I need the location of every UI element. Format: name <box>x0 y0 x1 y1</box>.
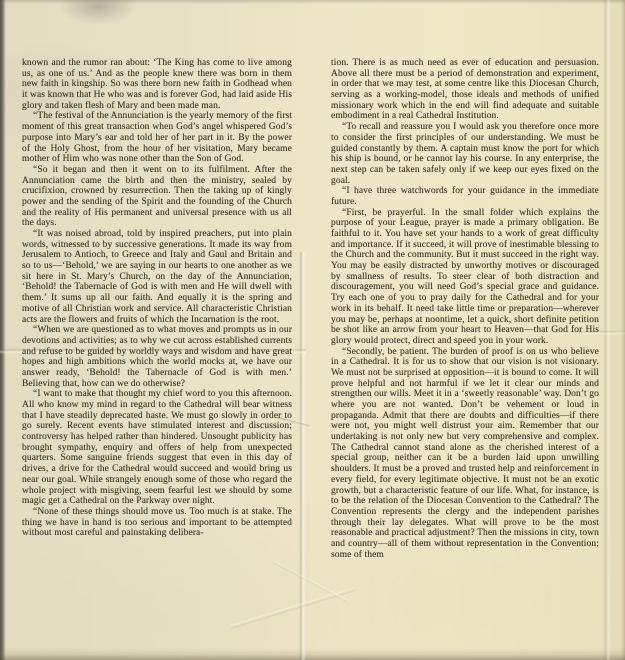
fold-crease-vertical-right <box>603 0 611 660</box>
paragraph: “None of these things should move us. To… <box>22 507 292 539</box>
text-column-left: known and the rumor ran about: ‘The King… <box>22 58 292 539</box>
paragraph: “I have three watchwords for your guidan… <box>331 186 599 207</box>
page-right-edge-shadow <box>621 0 625 660</box>
paragraph: “So it began and then it went on to its … <box>22 165 292 229</box>
paragraph: “It was noised abroad, told by inspired … <box>22 229 292 325</box>
page-bottom-edge-shadow <box>0 648 625 660</box>
paragraph: “When we are questioned as to what moves… <box>22 325 292 389</box>
scanned-page: known and the rumor ran about: ‘The King… <box>0 0 625 660</box>
paragraph: known and the rumor ran about: ‘The King… <box>22 58 292 111</box>
paragraph: “First, be prayerful. In the small folde… <box>331 208 599 347</box>
page-top-edge-shadow <box>0 0 625 4</box>
fold-crease-diagonal-2 <box>272 560 348 603</box>
paragraph: “I want to make that thought my chief wo… <box>22 389 292 507</box>
fold-crease-diagonal-1 <box>230 587 355 629</box>
paragraph: “Secondly, be patient. The burden of pro… <box>331 347 599 561</box>
paragraph: tion. There is as much need as ever of e… <box>331 58 599 122</box>
text-column-right: tion. There is as much need as ever of e… <box>331 58 599 560</box>
fold-crease-vertical-center <box>299 252 306 660</box>
paragraph: “To recall and reassure you I would ask … <box>331 122 599 186</box>
paragraph: “The festival of the Annunciation is the… <box>22 111 292 164</box>
page-left-edge-shadow <box>0 0 6 660</box>
